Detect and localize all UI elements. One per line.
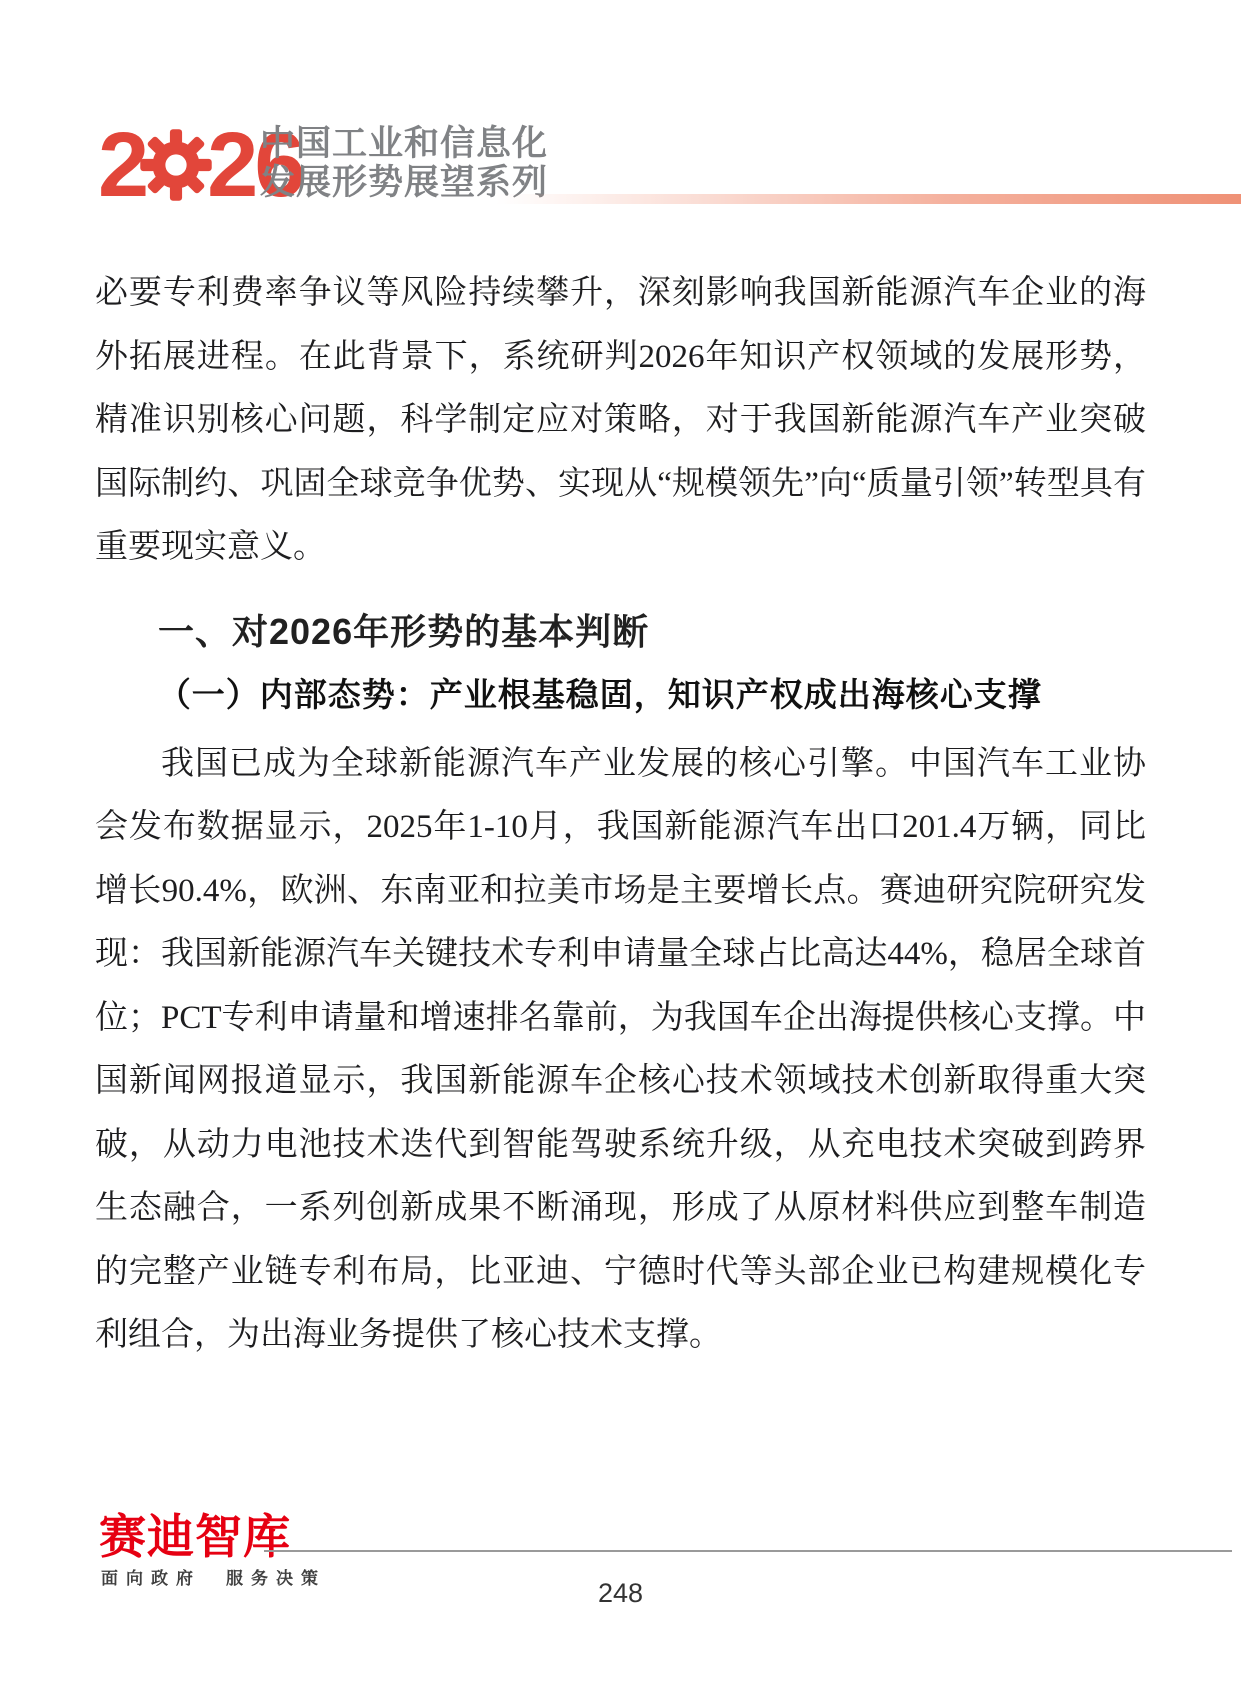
subsection-heading: （一）内部态势：产业根基稳固，知识产权成出海核心支撑 (95, 665, 1146, 729)
page-number: 248 (0, 1578, 1241, 1609)
footer-logo-text: 赛迪智库 (99, 1513, 291, 1560)
series-title: 中国工业和信息化 发展形势展望系列 (260, 124, 548, 202)
section-heading: 一、对2026年形势的基本判断 (95, 600, 1146, 664)
footer-rule (264, 1550, 1232, 1552)
paragraph-continuation: 必要专利费率争议等风险持续攀升，深刻影响我国新能源汽车企业的海外拓展进程。在此背… (95, 262, 1146, 580)
document-page: 2 26 中国工业和信息化 发展形势展望系列 (0, 0, 1241, 1684)
paragraph-body: 我国已成为全球新能源汽车产业发展的核心引擎。中国汽车工业协会发布数据显示，202… (95, 733, 1146, 1368)
gear-icon (138, 127, 214, 203)
series-title-line1: 中国工业和信息化 (260, 124, 548, 163)
header-gradient-rule (496, 194, 1241, 204)
document-body: 必要专利费率争议等风险持续攀升，深刻影响我国新能源汽车企业的海外拓展进程。在此背… (95, 262, 1146, 1368)
